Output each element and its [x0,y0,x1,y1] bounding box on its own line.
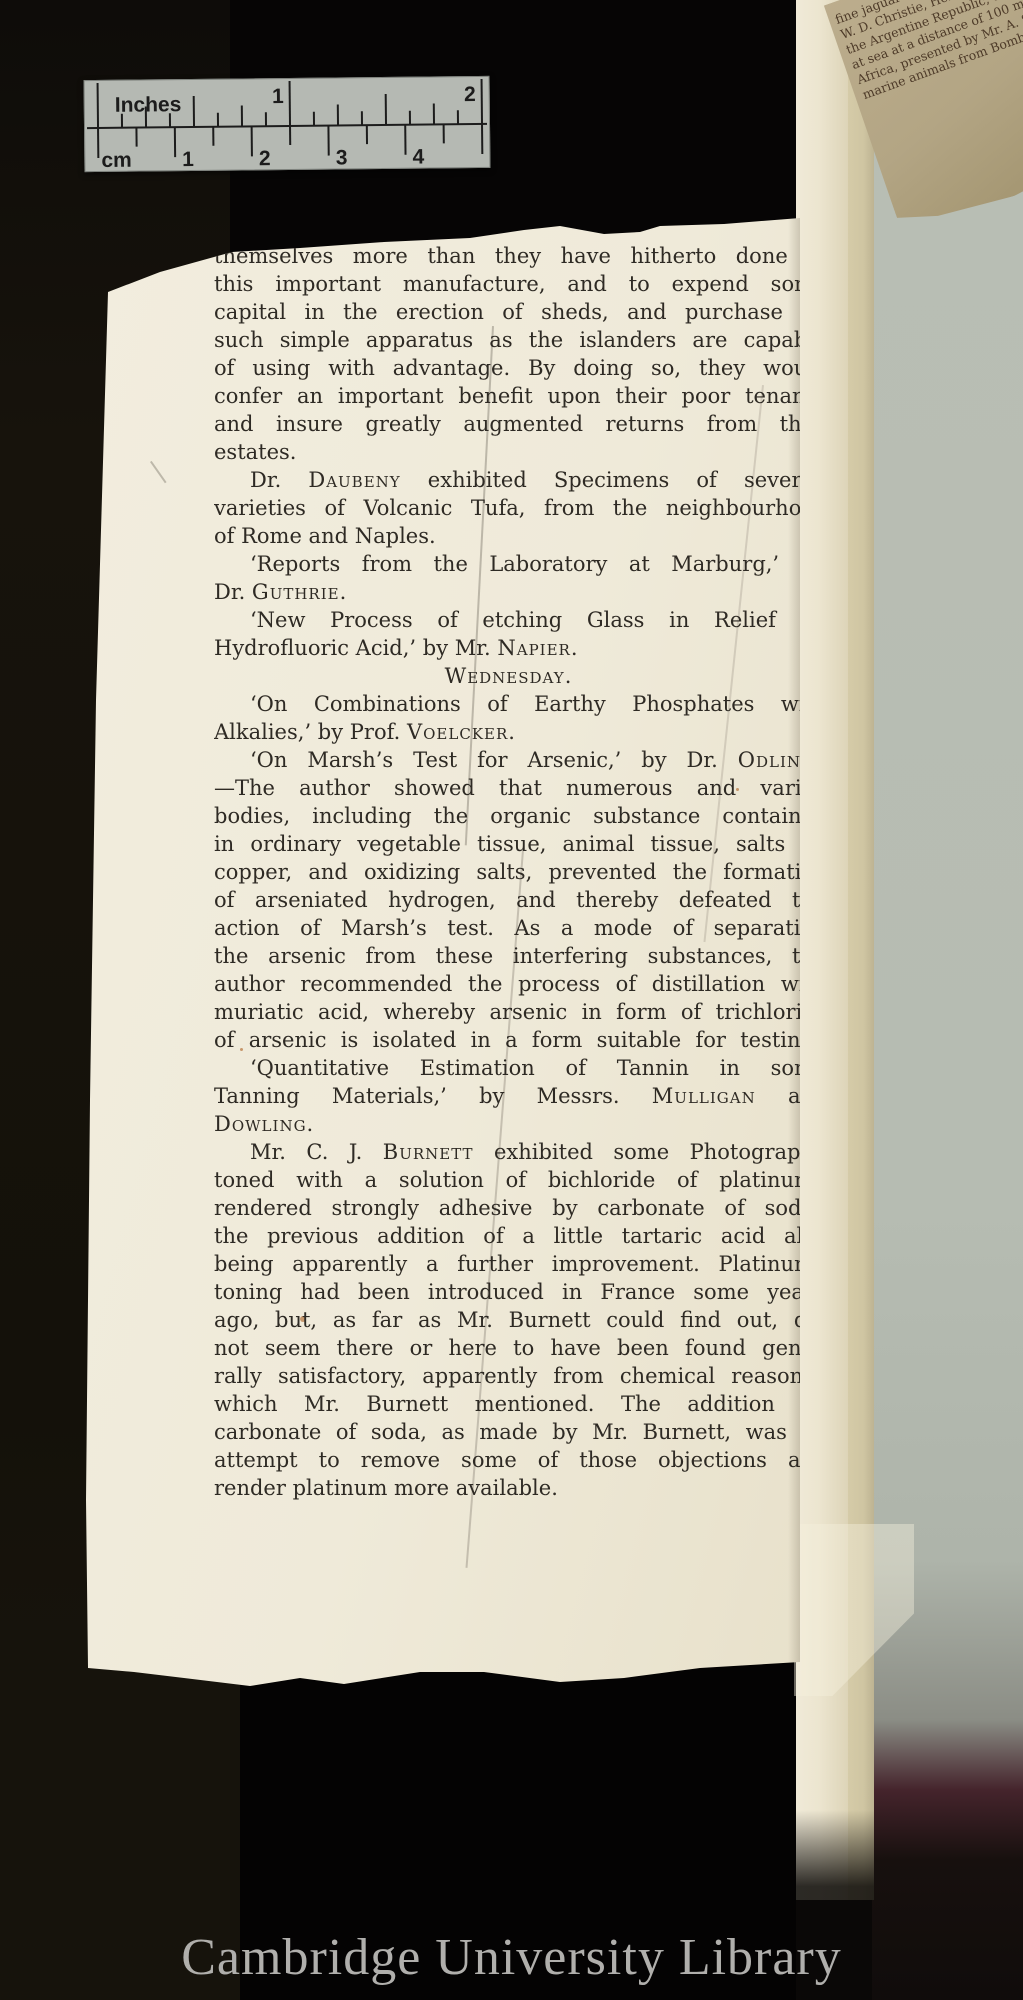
page-text-line: and insure greatly augmented returns fro… [214,410,802,438]
page-text-line: render platinum more available. [214,1474,802,1502]
page-text-line: Mr. C. J. Burnett exhibited some Photogr… [214,1138,802,1166]
page-text-line: rally satisfactory, apparently from chem… [214,1362,802,1390]
page-text-line: ‘Reports from the Laboratory at Marburg,… [214,550,802,578]
small-caps-name: Daubeny [308,468,400,492]
page-text-line: of arseniated hydrogen, and thereby defe… [214,886,802,914]
ruler-number: 2 [464,83,476,106]
page-text-column: themselves more than they have hitherto … [214,242,802,1502]
small-caps-name: Guthrie [252,580,340,604]
page-text-line: author recommended the process of distil… [214,970,802,998]
page-text-line: Dowling. [214,1110,802,1138]
page-text-line: not seem there or here to have been foun… [214,1334,802,1362]
small-caps-name: Voelcker [407,720,508,744]
library-watermark: Cambridge University Library [0,1928,1023,1987]
small-caps-name: Napier [497,636,570,660]
page-text-line: ‘New Process of etching Glass in Relief … [214,606,802,634]
page-text-line: in ordinary vegetable tissue, animal tis… [214,830,802,858]
pencil-mark [150,461,167,483]
page-text-line: varieties of Volcanic Tufa, from the nei… [214,494,802,522]
ruler-number: 4 [412,146,424,169]
ruler-number: 3 [336,146,348,169]
page-text-line: of Rome and Naples. [214,522,802,550]
ruler-number: 1 [182,148,194,171]
ruler-inches-label: Inches [115,93,182,117]
page-text-line: bodies, including the organic substance … [214,802,802,830]
ruler-cm-label: cm [101,149,132,171]
book-cover-board [872,0,1023,2000]
page-text-line: ‘On Marsh’s Test for Arsenic,’ by Dr. Od… [214,746,802,774]
small-caps-name: Dowling [214,1112,307,1136]
page-text-line: being apparently a further improvement. … [214,1250,802,1278]
page-text-line: ago, but, as far as Mr. Burnett could fi… [214,1306,802,1334]
scanned-page: themselves more than they have hitherto … [84,216,800,1686]
ruler-scale: Inches cm 1212345 [85,77,490,171]
page-text-line: Hydrofluoric Acid,’ by Mr. Napier. [214,634,802,662]
small-caps-name: Mulligan [652,1084,756,1108]
page-text-line: ‘On Combinations of Earthy Phosphates wi… [214,690,802,718]
page-text-line: copper, and oxidizing salts, prevented t… [214,858,802,886]
page-text-line: this important manufacture, and to expen… [214,270,802,298]
ruler-number: 2 [259,147,271,170]
page-text-line: Dr. Guthrie. [214,578,802,606]
page-text-line: the arsenic from these interfering subst… [214,942,802,970]
page-text-line: carbonate of soda, as made by Mr. Burnet… [214,1418,802,1446]
page-text-line: ‘Quantitative Estimation of Tannin in so… [214,1054,802,1082]
page-text-line: rendered strongly adhesive by carbonate … [214,1194,802,1222]
small-caps-name: Wednesday [445,664,565,688]
page-text-line: action of Marsh’s test. As a mode of sep… [214,914,802,942]
page-text-line: of using with advantage. By doing so, th… [214,354,802,382]
page-text-line: Wednesday. [214,662,802,690]
page-text-line: the previous addition of a little tartar… [214,1222,802,1250]
page-text-line: toned with a solution of bichloride of p… [214,1166,802,1194]
page-text-line: such simple apparatus as the islanders a… [214,326,802,354]
page-text-line: estates. [214,438,802,466]
page-text-line: Tanning Materials,’ by Messrs. Mulligan … [214,1082,802,1110]
measuring-ruler: Inches cm 1212345 [84,76,491,172]
page-text-line: which Mr. Burnett mentioned. The additio… [214,1390,802,1418]
page-text-line: toning had been introduced in France som… [214,1278,802,1306]
page-text-line: muriatic acid, whereby arsenic in form o… [214,998,802,1026]
ruler-number: 1 [272,85,284,108]
page-text-line: Dr. Daubeny exhibited Specimens of sever… [214,466,802,494]
page-text-line: —The author showed that numerous and var… [214,774,802,802]
small-caps-name: Burnett [383,1140,474,1164]
page-text-line: confer an important benefit upon their p… [214,382,802,410]
page-text-line: attempt to remove some of those objectio… [214,1446,802,1474]
page-text-line: of arsenic is isolated in a form suitabl… [214,1026,802,1054]
page-text-line: Alkalies,’ by Prof. Voelcker. [214,718,802,746]
small-caps-name: Odling [738,748,802,772]
page-text-line: capital in the erection of sheds, and pu… [214,298,802,326]
